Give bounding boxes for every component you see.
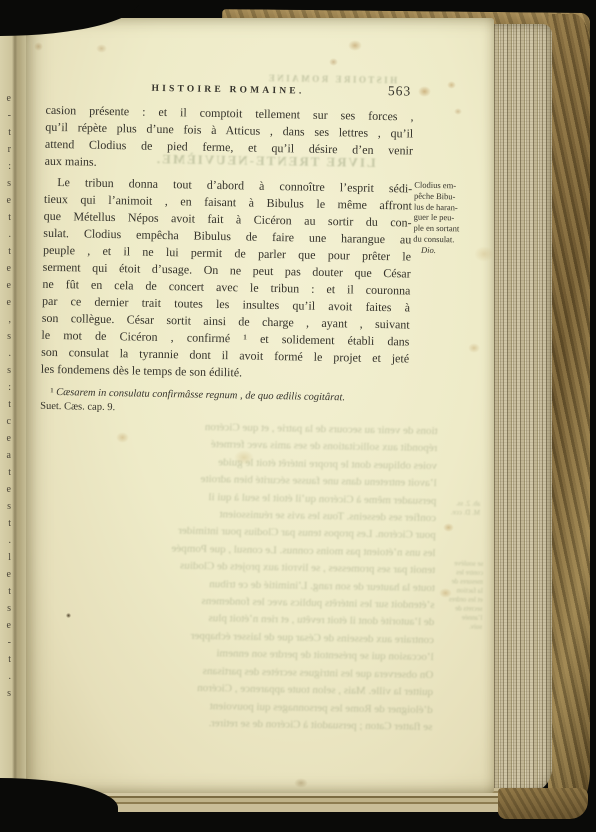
paragraph: casion présente : et il comptoit telleme…: [44, 102, 413, 177]
paragraph: Le tribun donna tout d’abord à connoître…: [41, 174, 413, 385]
page-fore-edge-stack: [486, 24, 552, 794]
book-page: HISTOIRE ROMAINE LIVRE TRENTE-NEUVIÈME. …: [26, 18, 494, 793]
footnote: ¹ Cæsarem in consulatu confirmâsse regnu…: [40, 386, 416, 421]
book-scan-photo: e - t r : s e t . t e e e , s . s : t c …: [0, 0, 596, 832]
running-title: HISTOIRE ROMAINE.: [142, 84, 314, 97]
facing-page-text-fragments: e - t r : s e t . t e e e , s . s : t c …: [0, 90, 11, 702]
margin-note: Clodius em- pêche Bibu- lus de haran- gu…: [413, 180, 480, 246]
printed-text-layer: HISTOIRE ROMAINE. 563 casion présente : …: [13, 17, 495, 800]
page-number: 563: [388, 83, 412, 99]
margin-note-source: Dio.: [421, 245, 436, 255]
book-cover-right-edge: [548, 14, 590, 814]
book-cover-corner: [498, 788, 588, 819]
